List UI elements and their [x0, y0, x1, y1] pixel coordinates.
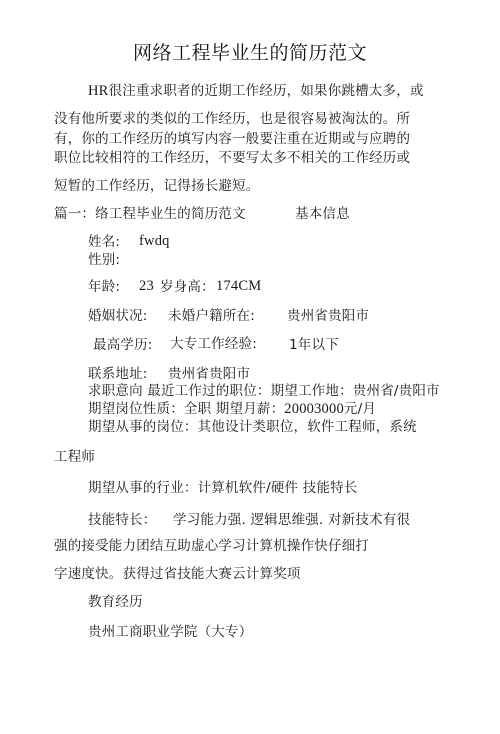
hukou-value: 贵州省贵阳市 [287, 307, 369, 325]
education-label: 最高学历: [93, 336, 153, 354]
job-intent-line-1: 求职意向 最近工作过的职位：期望工作地：贵州省/贵阳市 [88, 382, 440, 400]
age-value: 23 [139, 277, 154, 295]
education-heading: 教育经历 [88, 593, 143, 611]
job-intent-line-5: 期望从事的行业：计算机软件/硬件 技能特长 [88, 479, 358, 497]
section-subheading: 基本信息 [295, 205, 350, 223]
skills-line-3: 字速度快。获得过省技能大赛云计算奖项 [54, 565, 301, 583]
intro-line-2: 没有他所要求的类似的工作经历，也是很容易被淘汰的。所 [54, 110, 410, 128]
education-school: 贵州工商职业学院（大专） [88, 623, 252, 641]
height-label: 岁身高： [160, 278, 215, 296]
intro-line-5: 短暂的工作经历，记得扬长避短。 [54, 177, 260, 195]
document-title: 网络工程毕业生的简历范文 [0, 40, 500, 66]
salary-unit: 元/月 [344, 401, 376, 417]
document-page: 网络工程毕业生的简历范文 HR很注重求职者的近期工作经历，如果你跳槽太多，或 没… [0, 0, 500, 734]
education-value: 大专工作经验: [170, 335, 257, 353]
height-value: 174CM [216, 277, 261, 295]
age-label: 年龄: [88, 278, 120, 296]
job-intent-line-2: 期望岗位性质：全职 期望月薪：20003000元/月 [88, 400, 376, 418]
marital-label: 婚姻状况: [88, 307, 148, 325]
name-value: fwdq [139, 232, 170, 250]
address-value: 贵州省贵阳市 [168, 365, 250, 383]
job-intent-line-3: 期望从事的岗位：其他设计类职位，软件工程师，系统 [88, 418, 417, 436]
marital-value: 未婚户籍所在: [168, 307, 255, 325]
job-intent-line-4: 工程师 [54, 448, 95, 466]
gender-label: 性别: [88, 251, 120, 269]
intro-line-3: 有，你的工作经历的填写内容一般要注重在近期或与应聘的 [54, 130, 410, 148]
address-label: 联系地址: [88, 365, 148, 383]
experience-value: 1年以下 [289, 336, 339, 354]
intro-line-1-text: 很注重求职者的近期工作经历，如果你跳槽太多，或 [109, 83, 424, 99]
section-heading: 篇一：络工程毕业生的简历范文 [54, 205, 246, 223]
name-label: 姓名: [88, 233, 120, 251]
salary-value: 20003000 [284, 401, 344, 417]
intro-line-1: HR很注重求职者的近期工作经历，如果你跳槽太多，或 [88, 82, 424, 100]
job-type-salary-label: 期望岗位性质：全职 期望月薪： [88, 401, 284, 417]
intro-hr-text: HR [88, 83, 109, 99]
skills-line-2: 强的接受能力团结互助虚心学习计算机操作快仔细打 [54, 537, 369, 555]
skills-label: 技能特长： [88, 511, 157, 529]
skills-line-1: 学习能力强. 逻辑思维强. 对新技术有很 [173, 511, 410, 529]
intro-line-4: 职位比较相符的工作经历，不要写太多不相关的工作经历或 [54, 149, 410, 167]
